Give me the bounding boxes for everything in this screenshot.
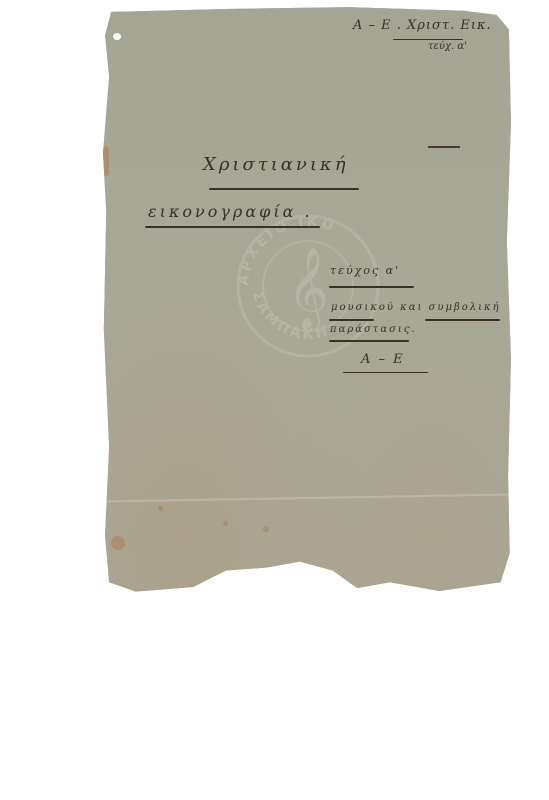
underline xyxy=(393,39,463,40)
range-underline xyxy=(343,372,428,373)
stain xyxy=(223,521,228,526)
subtitle-line-1: μουσικού και συμβολική xyxy=(331,302,501,313)
stain xyxy=(111,536,125,550)
title-underline-2 xyxy=(145,226,320,228)
stain xyxy=(263,526,269,532)
title-line-2: εικονογραφία . xyxy=(148,202,313,221)
volume-underline xyxy=(329,286,414,288)
ink-mark xyxy=(428,146,460,148)
manuscript-page: ΑΡΧΕΙΟ ΙΚΟ ΣΑΜΠΑΚΗ 𝄞 Α – Ε . Χριστ. Εικ.… xyxy=(103,6,513,594)
svg-text:ΣΑΜΠΑΚΗ: ΣΑΜΠΑΚΗ xyxy=(249,289,332,342)
top-annotation-volume: τεύχ. α' xyxy=(428,41,467,52)
title-line-1: Χριστιανική xyxy=(203,154,349,175)
title-underline-1 xyxy=(209,188,359,190)
subtitle-line-2: παράστασις. xyxy=(330,324,417,335)
volume-label: τεύχος α' xyxy=(330,264,400,277)
svg-text:ΑΡΧΕΙΟ ΙΚΟ: ΑΡΧΕΙΟ ΙΚΟ xyxy=(236,214,339,287)
subtitle-underline-b xyxy=(425,319,500,321)
subtitle-underline-c xyxy=(329,340,409,342)
range-label: Α – Ε xyxy=(361,352,405,367)
treble-clef-icon: 𝄞 xyxy=(287,246,328,331)
paper-hole xyxy=(113,33,121,40)
stain xyxy=(103,146,109,176)
stain xyxy=(158,506,163,511)
subtitle-underline-a xyxy=(329,319,374,321)
top-annotation: Α – Ε . Χριστ. Εικ. xyxy=(353,18,492,33)
